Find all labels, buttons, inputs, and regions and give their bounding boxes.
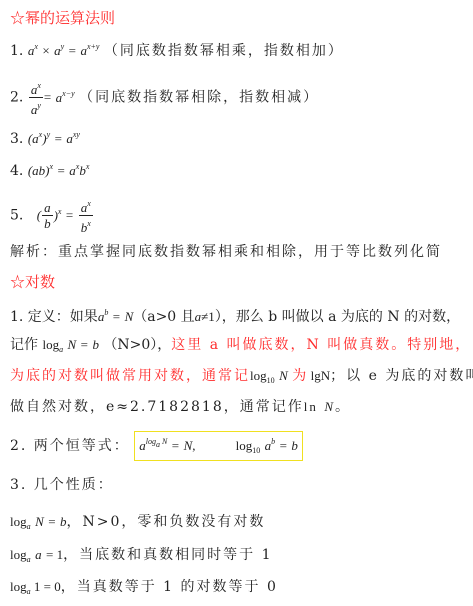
power-rule-5: 5. (ab)x = axbx: [10, 196, 94, 235]
log-definition-line-2: 记作 loga N = b （N>0），这里 a 叫做底数，N 叫做真数。特别地…: [10, 336, 473, 359]
section-title-power-rules: ☆幂的运算法则: [10, 9, 115, 27]
log-identities: 2. 两个恒等式： aloga N = N, log10 ab = b: [10, 431, 303, 461]
power-rule-3: 3. (ax)y = axy: [10, 126, 80, 148]
log-property-2: loga a = 1，当底数和真数相同时等于 1: [10, 546, 272, 569]
section-title-logarithm: ☆对数: [10, 273, 55, 291]
log-property-1: loga N = b，N>0，零和负数没有对数: [10, 513, 265, 536]
log-property-3: loga 1 = 0，当真数等于 1 的对数等于 0: [10, 578, 278, 601]
analysis-note: 解析：重点掌握同底数指数幂相乘和相除，用于等比数列化简: [10, 243, 442, 261]
log-definition-line-1: 1. 定义：如果ab = N（a>0 且a≠1），那么 b 叫做以 a 为底的 …: [10, 304, 460, 326]
power-rule-2: 2. axay= ax−y （同底数指数幂相除，指数相减）: [10, 78, 319, 117]
log-properties-label: 3. 几个性质：: [10, 476, 114, 494]
log-definition-line-3: 为底的对数叫做常用对数，通常记log10 N 为 lgN；以 e 为底的对数叫: [10, 367, 473, 390]
log-definition-line-4: 做自然对数，e≈2.7182818，通常记作ln N。: [10, 398, 351, 416]
identities-highlight-box: aloga N = N, log10 ab = b: [134, 431, 303, 461]
power-rule-1: 1. ax × ay = ax+y （同底数指数幂相乘，指数相加）: [10, 38, 344, 60]
power-rule-4: 4. (ab)x = axbx: [10, 158, 89, 180]
